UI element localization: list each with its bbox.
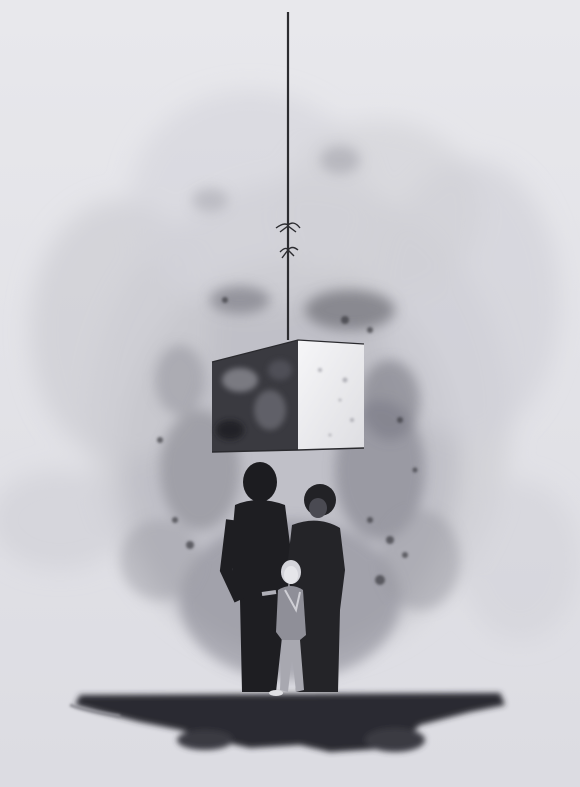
cube-light-face [298,340,364,450]
hanging-cube [212,340,364,452]
painting [0,0,580,787]
painting-canvas [0,0,580,787]
